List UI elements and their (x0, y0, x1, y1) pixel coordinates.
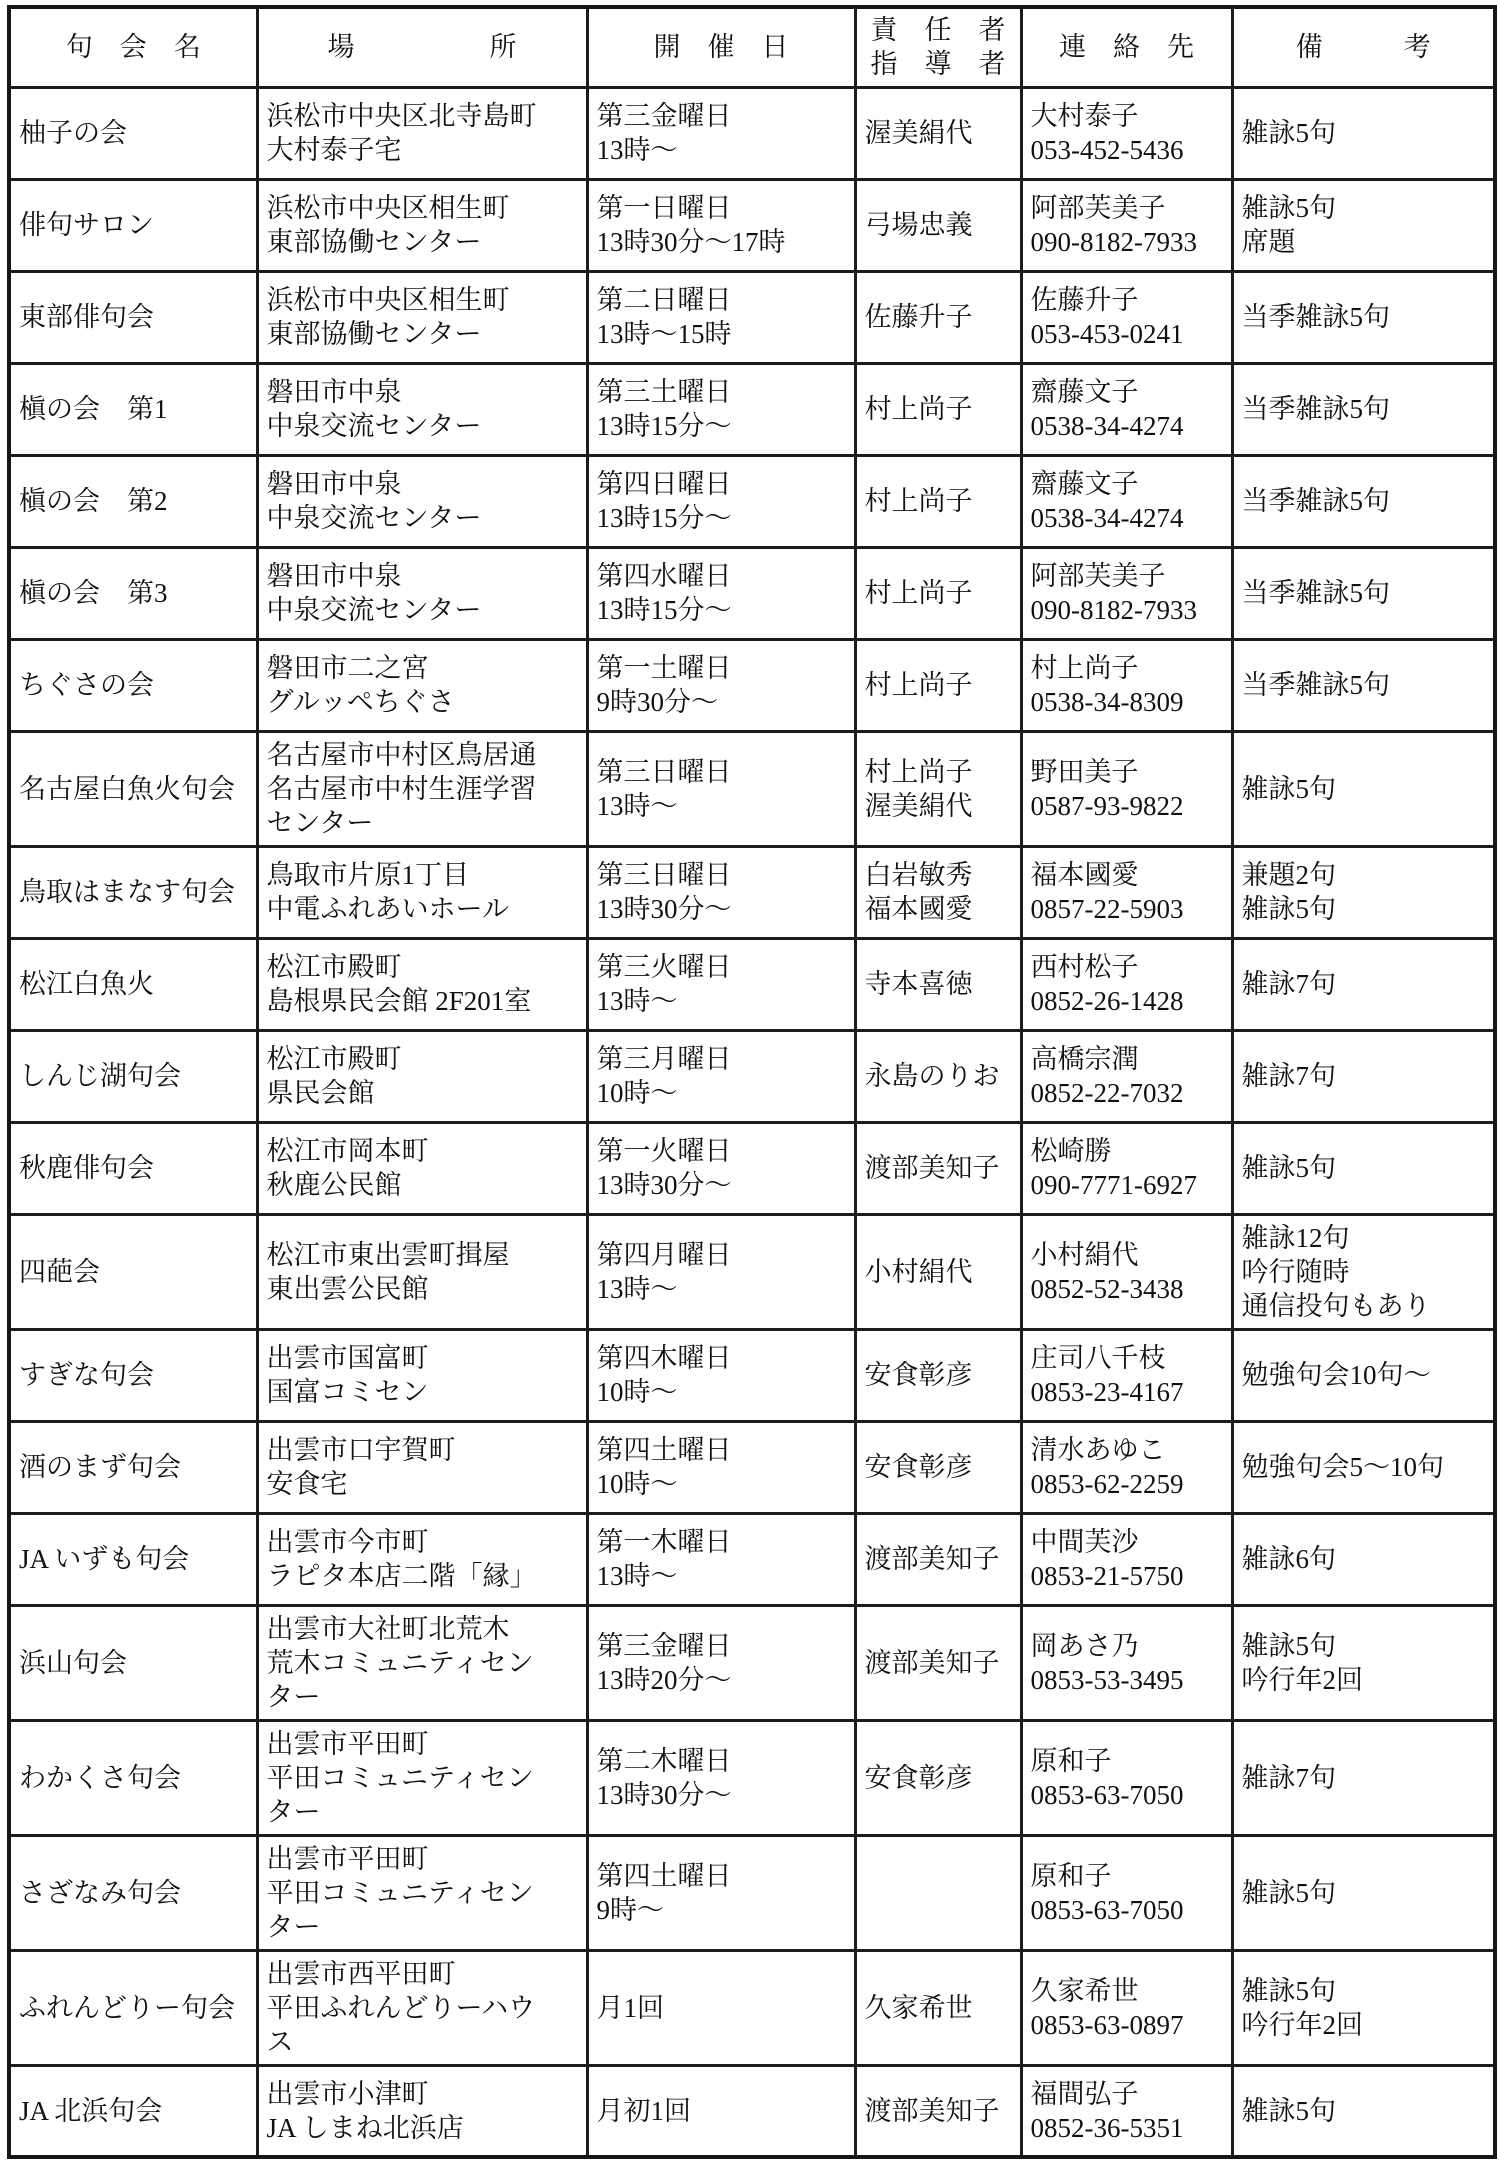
cell-leader: 村上尚子渥美絹代 (855, 731, 1021, 846)
table-row: 東部俳句会浜松市中央区相生町東部協働センター第二日曜日13時〜15時佐藤升子佐藤… (9, 271, 1495, 363)
table-row: 松江白魚火松江市殿町島根県民会館 2F201室第三火曜日13時〜寺本喜徳西村松子… (9, 938, 1495, 1030)
cell-contact: 齋藤文子0538-34-4274 (1021, 363, 1232, 455)
cell-place: 出雲市平田町平田コミュニティセンター (257, 1835, 587, 1950)
header-cell-notes: 備 考 (1232, 7, 1495, 87)
cell-date: 月初1回 (587, 2065, 855, 2157)
header-row: 句 会 名場 所開 催 日責 任 者指 導 者連 絡 先備 考 (9, 7, 1495, 87)
cell-date: 第三金曜日13時〜 (587, 87, 855, 179)
cell-name: さざなみ句会 (9, 1835, 257, 1950)
cell-place: 浜松市中央区相生町東部協働センター (257, 179, 587, 271)
cell-place: 出雲市平田町平田コミュニティセンター (257, 1720, 587, 1835)
cell-contact: 福間弘子0852-36-5351 (1021, 2065, 1232, 2157)
cell-contact: 村上尚子0538-34-8309 (1021, 639, 1232, 731)
cell-place: 出雲市西平田町平田ふれんどりーハウス (257, 1950, 587, 2065)
table-row: JA 北浜句会出雲市小津町JA しまね北浜店月初1回渡部美知子福間弘子0852-… (9, 2065, 1495, 2157)
table-row: 槇の会 第3磐田市中泉中泉交流センター第四水曜日13時15分〜村上尚子阿部芙美子… (9, 547, 1495, 639)
cell-leader: 安食彰彦 (855, 1329, 1021, 1421)
cell-leader: 安食彰彦 (855, 1421, 1021, 1513)
cell-leader: 佐藤升子 (855, 271, 1021, 363)
cell-contact: 阿部芙美子090-8182-7933 (1021, 179, 1232, 271)
cell-notes: 雑詠5句 (1232, 1122, 1495, 1214)
cell-name: 槇の会 第1 (9, 363, 257, 455)
cell-date: 第三火曜日13時〜 (587, 938, 855, 1030)
cell-date: 第三日曜日13時〜 (587, 731, 855, 846)
cell-leader: 渡部美知子 (855, 1605, 1021, 1720)
table-row: ふれんどりー句会出雲市西平田町平田ふれんどりーハウス月1回久家希世久家希世085… (9, 1950, 1495, 2065)
cell-leader: 永島のりお (855, 1030, 1021, 1122)
cell-place: 出雲市大社町北荒木荒木コミュニティセンター (257, 1605, 587, 1720)
cell-date: 第四木曜日10時〜 (587, 1329, 855, 1421)
cell-leader: 渥美絹代 (855, 87, 1021, 179)
cell-date: 第一木曜日13時〜 (587, 1513, 855, 1605)
cell-notes: 雑詠7句 (1232, 1720, 1495, 1835)
cell-contact: 原和子0853-63-7050 (1021, 1720, 1232, 1835)
header-cell-contact: 連 絡 先 (1021, 7, 1232, 87)
cell-name: 槇の会 第2 (9, 455, 257, 547)
cell-notes: 当季雑詠5句 (1232, 363, 1495, 455)
cell-place: 松江市岡本町秋鹿公民館 (257, 1122, 587, 1214)
cell-contact: 西村松子0852-26-1428 (1021, 938, 1232, 1030)
cell-leader: 久家希世 (855, 1950, 1021, 2065)
header-cell-date: 開 催 日 (587, 7, 855, 87)
cell-date: 第四月曜日13時〜 (587, 1214, 855, 1329)
cell-name: 名古屋白魚火句会 (9, 731, 257, 846)
cell-notes: 勉強句会10句〜 (1232, 1329, 1495, 1421)
cell-name: 酒のまず句会 (9, 1421, 257, 1513)
cell-leader: 弓場忠義 (855, 179, 1021, 271)
cell-date: 第三金曜日13時20分〜 (587, 1605, 855, 1720)
cell-leader: 村上尚子 (855, 455, 1021, 547)
cell-name: ふれんどりー句会 (9, 1950, 257, 2065)
header-cell-place: 場 所 (257, 7, 587, 87)
cell-name: JA 北浜句会 (9, 2065, 257, 2157)
cell-notes: 雑詠5句 (1232, 2065, 1495, 2157)
cell-leader: 寺本喜徳 (855, 938, 1021, 1030)
cell-place: 浜松市中央区北寺島町大村泰子宅 (257, 87, 587, 179)
cell-name: 松江白魚火 (9, 938, 257, 1030)
header-cell-name: 句 会 名 (9, 7, 257, 87)
cell-leader: 渡部美知子 (855, 2065, 1021, 2157)
cell-date: 第二木曜日13時30分〜 (587, 1720, 855, 1835)
table-header: 句 会 名場 所開 催 日責 任 者指 導 者連 絡 先備 考 (9, 7, 1495, 87)
cell-leader: 村上尚子 (855, 639, 1021, 731)
cell-place: 出雲市国富町国富コミセン (257, 1329, 587, 1421)
cell-name: 東部俳句会 (9, 271, 257, 363)
cell-name: 俳句サロン (9, 179, 257, 271)
cell-place: 松江市殿町県民会館 (257, 1030, 587, 1122)
cell-place: 松江市東出雲町揖屋東出雲公民館 (257, 1214, 587, 1329)
cell-notes: 雑詠5句 (1232, 87, 1495, 179)
cell-notes: 勉強句会5〜10句 (1232, 1421, 1495, 1513)
cell-contact: 野田美子0587-93-9822 (1021, 731, 1232, 846)
cell-leader: 渡部美知子 (855, 1513, 1021, 1605)
table-row: JA いずも句会出雲市今市町ラピタ本店二階「縁」第一木曜日13時〜渡部美知子中間… (9, 1513, 1495, 1605)
table-row: わかくさ句会出雲市平田町平田コミュニティセンター第二木曜日13時30分〜安食彰彦… (9, 1720, 1495, 1835)
table-row: 柚子の会浜松市中央区北寺島町大村泰子宅第三金曜日13時〜渥美絹代大村泰子053-… (9, 87, 1495, 179)
table-row: 名古屋白魚火句会名古屋市中村区鳥居通名古屋市中村生涯学習センター第三日曜日13時… (9, 731, 1495, 846)
cell-name: JA いずも句会 (9, 1513, 257, 1605)
cell-contact: 齋藤文子0538-34-4274 (1021, 455, 1232, 547)
table-row: さざなみ句会出雲市平田町平田コミュニティセンター第四土曜日9時〜原和子0853-… (9, 1835, 1495, 1950)
cell-notes: 当季雑詠5句 (1232, 271, 1495, 363)
cell-date: 第四水曜日13時15分〜 (587, 547, 855, 639)
cell-place: 磐田市中泉中泉交流センター (257, 547, 587, 639)
cell-date: 第四土曜日9時〜 (587, 1835, 855, 1950)
cell-name: ちぐさの会 (9, 639, 257, 731)
cell-date: 第四土曜日10時〜 (587, 1421, 855, 1513)
table-body: 柚子の会浜松市中央区北寺島町大村泰子宅第三金曜日13時〜渥美絹代大村泰子053-… (9, 87, 1495, 2157)
cell-leader: 村上尚子 (855, 363, 1021, 455)
cell-name: 秋鹿俳句会 (9, 1122, 257, 1214)
cell-notes: 雑詠5句吟行年2回 (1232, 1950, 1495, 2065)
cell-notes: 当季雑詠5句 (1232, 455, 1495, 547)
cell-contact: 庄司八千枝0853-23-4167 (1021, 1329, 1232, 1421)
cell-name: わかくさ句会 (9, 1720, 257, 1835)
cell-notes: 雑詠5句 (1232, 731, 1495, 846)
cell-date: 月1回 (587, 1950, 855, 2065)
cell-notes: 雑詠5句席題 (1232, 179, 1495, 271)
table-row: 鳥取はまなす句会鳥取市片原1丁目中電ふれあいホール第三日曜日13時30分〜白岩敏… (9, 846, 1495, 938)
cell-place: 名古屋市中村区鳥居通名古屋市中村生涯学習センター (257, 731, 587, 846)
cell-name: すぎな句会 (9, 1329, 257, 1421)
cell-date: 第一日曜日13時30分〜17時 (587, 179, 855, 271)
table-row: 俳句サロン浜松市中央区相生町東部協働センター第一日曜日13時30分〜17時弓場忠… (9, 179, 1495, 271)
table-row: 四葩会松江市東出雲町揖屋東出雲公民館第四月曜日13時〜小村絹代小村絹代0852-… (9, 1214, 1495, 1329)
cell-contact: 松崎勝090-7771-6927 (1021, 1122, 1232, 1214)
cell-contact: 大村泰子053-452-5436 (1021, 87, 1232, 179)
cell-notes: 雑詠5句吟行年2回 (1232, 1605, 1495, 1720)
cell-name: しんじ湖句会 (9, 1030, 257, 1122)
cell-notes: 当季雑詠5句 (1232, 547, 1495, 639)
cell-place: 出雲市小津町JA しまね北浜店 (257, 2065, 587, 2157)
cell-name: 浜山句会 (9, 1605, 257, 1720)
cell-place: 鳥取市片原1丁目中電ふれあいホール (257, 846, 587, 938)
table-row: すぎな句会出雲市国富町国富コミセン第四木曜日10時〜安食彰彦庄司八千枝0853-… (9, 1329, 1495, 1421)
cell-date: 第二日曜日13時〜15時 (587, 271, 855, 363)
cell-notes: 兼題2句雑詠5句 (1232, 846, 1495, 938)
cell-date: 第三土曜日13時15分〜 (587, 363, 855, 455)
cell-place: 出雲市口宇賀町安食宅 (257, 1421, 587, 1513)
cell-contact: 福本國愛0857-22-5903 (1021, 846, 1232, 938)
cell-contact: 高橋宗潤0852-22-7032 (1021, 1030, 1232, 1122)
table-row: 槇の会 第1磐田市中泉中泉交流センター第三土曜日13時15分〜村上尚子齋藤文子0… (9, 363, 1495, 455)
cell-notes: 当季雑詠5句 (1232, 639, 1495, 731)
cell-name: 柚子の会 (9, 87, 257, 179)
cell-contact: 清水あゆこ0853-62-2259 (1021, 1421, 1232, 1513)
cell-name: 四葩会 (9, 1214, 257, 1329)
cell-notes: 雑詠5句 (1232, 1835, 1495, 1950)
cell-leader: 小村絹代 (855, 1214, 1021, 1329)
cell-contact: 小村絹代0852-52-3438 (1021, 1214, 1232, 1329)
cell-date: 第四日曜日13時15分〜 (587, 455, 855, 547)
cell-date: 第一火曜日13時30分〜 (587, 1122, 855, 1214)
cell-contact: 中間芙沙0853-21-5750 (1021, 1513, 1232, 1605)
table-row: 秋鹿俳句会松江市岡本町秋鹿公民館第一火曜日13時30分〜渡部美知子松崎勝090-… (9, 1122, 1495, 1214)
cell-place: 磐田市中泉中泉交流センター (257, 363, 587, 455)
groups-table: 句 会 名場 所開 催 日責 任 者指 導 者連 絡 先備 考 柚子の会浜松市中… (7, 5, 1497, 2159)
cell-date: 第一土曜日9時30分〜 (587, 639, 855, 731)
cell-notes: 雑詠7句 (1232, 938, 1495, 1030)
cell-place: 出雲市今市町ラピタ本店二階「縁」 (257, 1513, 587, 1605)
cell-leader (855, 1835, 1021, 1950)
cell-date: 第三月曜日10時〜 (587, 1030, 855, 1122)
cell-leader: 村上尚子 (855, 547, 1021, 639)
cell-leader: 渡部美知子 (855, 1122, 1021, 1214)
cell-contact: 久家希世0853-63-0897 (1021, 1950, 1232, 2065)
cell-place: 浜松市中央区相生町東部協働センター (257, 271, 587, 363)
table-row: 酒のまず句会出雲市口宇賀町安食宅第四土曜日10時〜安食彰彦清水あゆこ0853-6… (9, 1421, 1495, 1513)
table-row: ちぐさの会磐田市二之宮グルッペちぐさ第一土曜日9時30分〜村上尚子村上尚子053… (9, 639, 1495, 731)
table-row: 槇の会 第2磐田市中泉中泉交流センター第四日曜日13時15分〜村上尚子齋藤文子0… (9, 455, 1495, 547)
cell-notes: 雑詠7句 (1232, 1030, 1495, 1122)
cell-place: 磐田市中泉中泉交流センター (257, 455, 587, 547)
cell-contact: 阿部芙美子090-8182-7933 (1021, 547, 1232, 639)
cell-leader: 安食彰彦 (855, 1720, 1021, 1835)
cell-contact: 佐藤升子053-453-0241 (1021, 271, 1232, 363)
scanned-page: 句 会 名場 所開 催 日責 任 者指 導 者連 絡 先備 考 柚子の会浜松市中… (0, 0, 1500, 2164)
cell-name: 鳥取はまなす句会 (9, 846, 257, 938)
cell-date: 第三日曜日13時30分〜 (587, 846, 855, 938)
cell-place: 磐田市二之宮グルッペちぐさ (257, 639, 587, 731)
header-cell-leader: 責 任 者指 導 者 (855, 7, 1021, 87)
cell-name: 槇の会 第3 (9, 547, 257, 639)
cell-leader: 白岩敏秀福本國愛 (855, 846, 1021, 938)
table-row: しんじ湖句会松江市殿町県民会館第三月曜日10時〜永島のりお高橋宗潤0852-22… (9, 1030, 1495, 1122)
cell-place: 松江市殿町島根県民会館 2F201室 (257, 938, 587, 1030)
cell-contact: 岡あさ乃0853-53-3495 (1021, 1605, 1232, 1720)
table-row: 浜山句会出雲市大社町北荒木荒木コミュニティセンター第三金曜日13時20分〜渡部美… (9, 1605, 1495, 1720)
cell-contact: 原和子0853-63-7050 (1021, 1835, 1232, 1950)
cell-notes: 雑詠12句吟行随時通信投句もあり (1232, 1214, 1495, 1329)
cell-notes: 雑詠6句 (1232, 1513, 1495, 1605)
